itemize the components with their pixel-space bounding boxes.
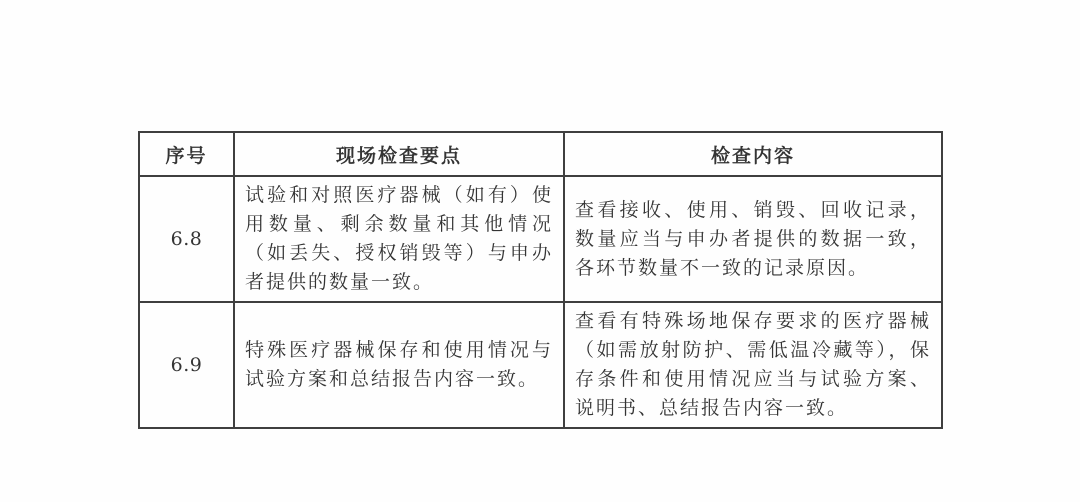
table-header-row: 序号 现场检查要点 检查内容 (139, 132, 942, 176)
table-row: 6.8 试验和对照医疗器械（如有）使用数量、剩余数量和其他情况（如丢失、授权销毁… (139, 176, 942, 302)
document-page: 序号 现场检查要点 检查内容 6.8 试验和对照医疗器械（如有）使用数量、剩余数… (0, 0, 1080, 502)
row-key-points: 特殊医疗器械保存和使用情况与试验方案和总结报告内容一致。 (234, 302, 564, 428)
row-index: 6.9 (139, 302, 234, 428)
inspection-checklist-table: 序号 现场检查要点 检查内容 6.8 试验和对照医疗器械（如有）使用数量、剩余数… (138, 131, 943, 429)
column-header-key-points: 现场检查要点 (234, 132, 564, 176)
row-content: 查看有特殊场地保存要求的医疗器械（如需放射防护、需低温冷藏等），保存条件和使用情… (564, 302, 942, 428)
row-index: 6.8 (139, 176, 234, 302)
table-row: 6.9 特殊医疗器械保存和使用情况与试验方案和总结报告内容一致。 查看有特殊场地… (139, 302, 942, 428)
column-header-index: 序号 (139, 132, 234, 176)
row-key-points: 试验和对照医疗器械（如有）使用数量、剩余数量和其他情况（如丢失、授权销毁等）与申… (234, 176, 564, 302)
row-content: 查看接收、使用、销毁、回收记录，数量应当与申办者提供的数据一致，各环节数量不一致… (564, 176, 942, 302)
column-header-content: 检查内容 (564, 132, 942, 176)
